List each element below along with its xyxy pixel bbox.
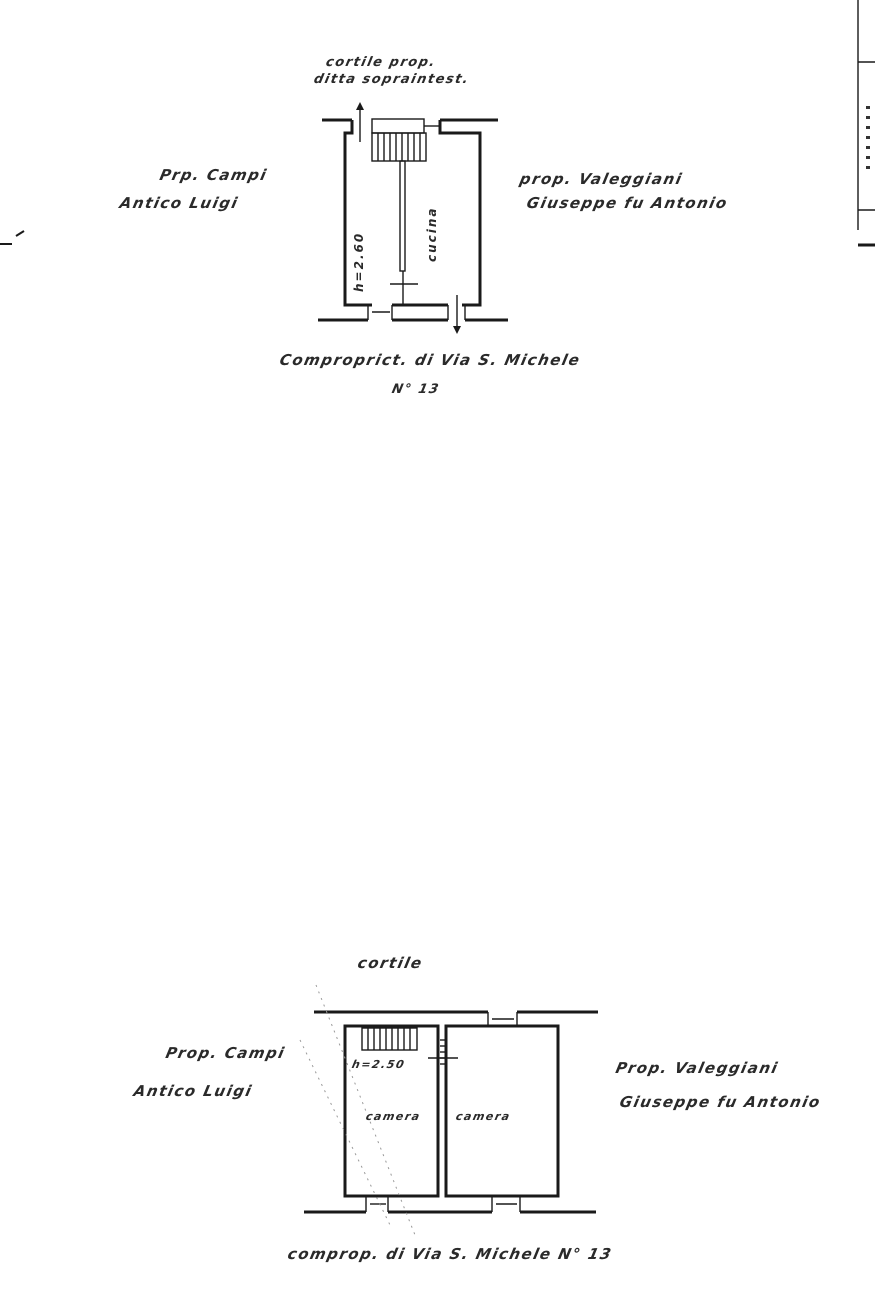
bottom-north-label: cortile xyxy=(356,954,425,972)
bottom-east-label-2: Giuseppe fu Antonio xyxy=(618,1093,823,1111)
bottom-west-label-1: Prop. Campi xyxy=(164,1044,287,1062)
bottom-room-right-label: camera xyxy=(455,1110,512,1123)
bottom-south-label: comprop. di Via S. Michele N° 13 xyxy=(286,1245,614,1263)
top-north-label-2: ditta sopraintest. xyxy=(312,72,470,87)
bottom-west-label-2: Antico Luigi xyxy=(132,1082,254,1100)
top-kitchen-label: cucina xyxy=(425,206,439,262)
scan-marks xyxy=(0,231,24,244)
top-south-label-2: N° 13 xyxy=(390,382,441,397)
top-east-label-1: prop. Valeggiani xyxy=(518,170,684,188)
top-south-label-1: Comproprict. di Via S. Michele xyxy=(278,351,582,369)
top-east-label-2: Giuseppe fu Antonio xyxy=(525,194,730,212)
bottom-east-label-1: Prop. Valeggiani xyxy=(614,1059,780,1077)
top-height-label: h=2.60 xyxy=(352,232,366,292)
top-west-label-2: Antico Luigi xyxy=(118,194,240,212)
adjacent-sheet-fragment xyxy=(858,0,875,245)
bottom-height-label: h=2.50 xyxy=(351,1058,407,1071)
bottom-room-left-label: camera xyxy=(365,1110,422,1123)
top-west-label-1: Prp. Campi xyxy=(158,166,269,184)
bottom-plan-walls xyxy=(300,985,598,1235)
top-north-label-1: cortile prop. xyxy=(324,55,437,70)
top-plan-walls xyxy=(318,102,508,334)
